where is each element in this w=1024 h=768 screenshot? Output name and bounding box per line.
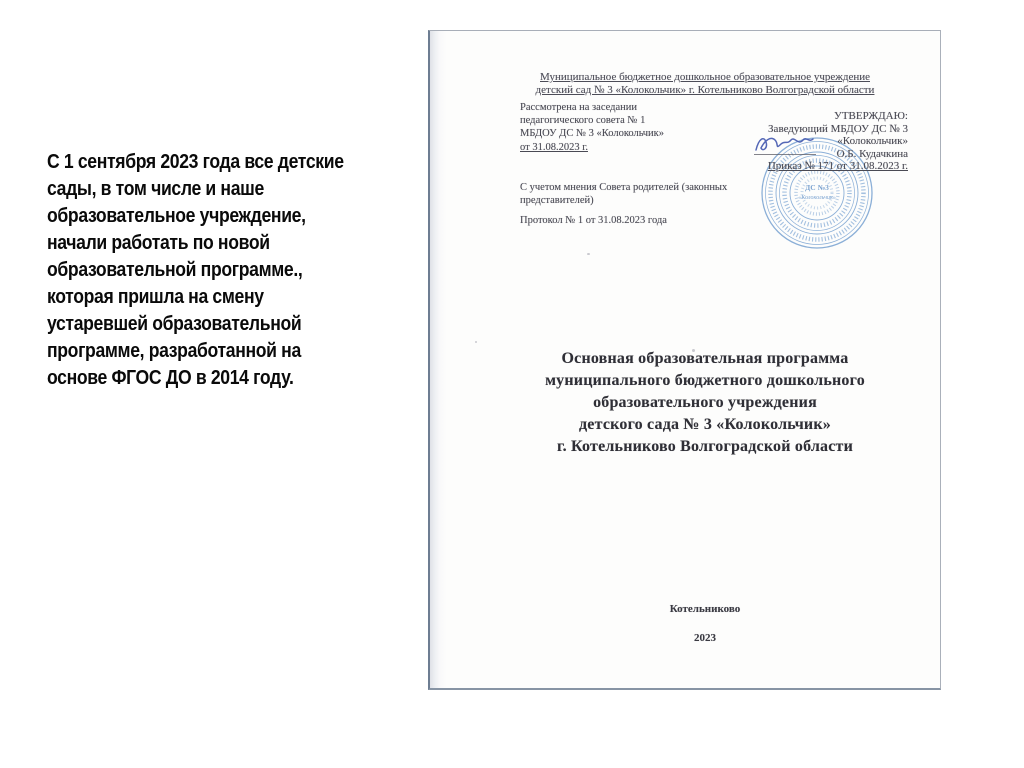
reviewed-line: МБДОУ ДС № 3 «Колокольчик» [520,127,664,140]
publication-year: 2023 [490,632,920,644]
document-header: Муниципальное бюджетное дошкольное образ… [490,71,920,97]
publication-city: Котельниково [490,603,920,615]
intro-text-line: сады, в том числе и наше [47,176,364,203]
intro-text-line: образовательное учреждение, [47,203,364,230]
parents-note-line: С учетом мнения Совета родителей (законн… [520,181,727,194]
approval-order-line: Приказ № 171 от 31.08.2023 г. [768,160,908,173]
intro-text-line: начали работать по новой [47,230,364,257]
scan-speck [587,253,590,255]
document-title-line: детского сада № 3 «Колокольчик» [490,414,920,436]
parents-council-note: С учетом мнения Совета родителей (законн… [520,181,727,207]
intro-text-line: С 1 сентября 2023 года все детские [47,149,364,176]
reviewed-line: педагогического совета № 1 [520,114,664,127]
intro-text-line: основе ФГОС ДО в 2014 году. [47,365,364,392]
approval-line: УТВЕРЖДАЮ: [768,110,908,123]
signature-scribble-icon [752,131,824,161]
stamp-center-text: ДС №3 [805,183,829,192]
intro-text-line: которая пришла на смену [47,284,364,311]
scan-speck [475,341,477,343]
document-page: Муниципальное бюджетное дошкольное образ… [428,30,941,690]
document-title-line: г. Котельниково Волгоградской области [490,436,920,458]
document-header-line: Муниципальное бюджетное дошкольное образ… [490,71,920,84]
intro-text-line: программе, разработанной на [47,338,364,365]
slide-canvas: С 1 сентября 2023 года все детские сады,… [0,0,1024,768]
document-title: Основная образовательная программа муниц… [490,348,920,458]
document-title-line: муниципального бюджетного дошкольного [490,370,920,392]
document-title-line: образовательного учреждения [490,392,920,414]
intro-text-line: устаревшей образовательной [47,311,364,338]
page-spine-shadow [430,31,447,688]
reviewed-line: Рассмотрена на заседании [520,101,664,114]
reviewed-block: Рассмотрена на заседании педагогического… [520,101,664,154]
reviewed-date-line: от 31.08.2023 г. [520,141,664,154]
protocol-line: Протокол № 1 от 31.08.2023 года [520,215,667,226]
document-header-line: детский сад № 3 «Колокольчик» г. Котельн… [490,84,920,97]
intro-text-line: образовательной программе., [47,257,364,284]
stamp-center-text: «Колокольчик» [798,195,836,201]
document-title-line: Основная образовательная программа [490,348,920,370]
intro-text: С 1 сентября 2023 года все детские сады,… [47,149,364,392]
parents-note-line: представителей) [520,194,727,207]
